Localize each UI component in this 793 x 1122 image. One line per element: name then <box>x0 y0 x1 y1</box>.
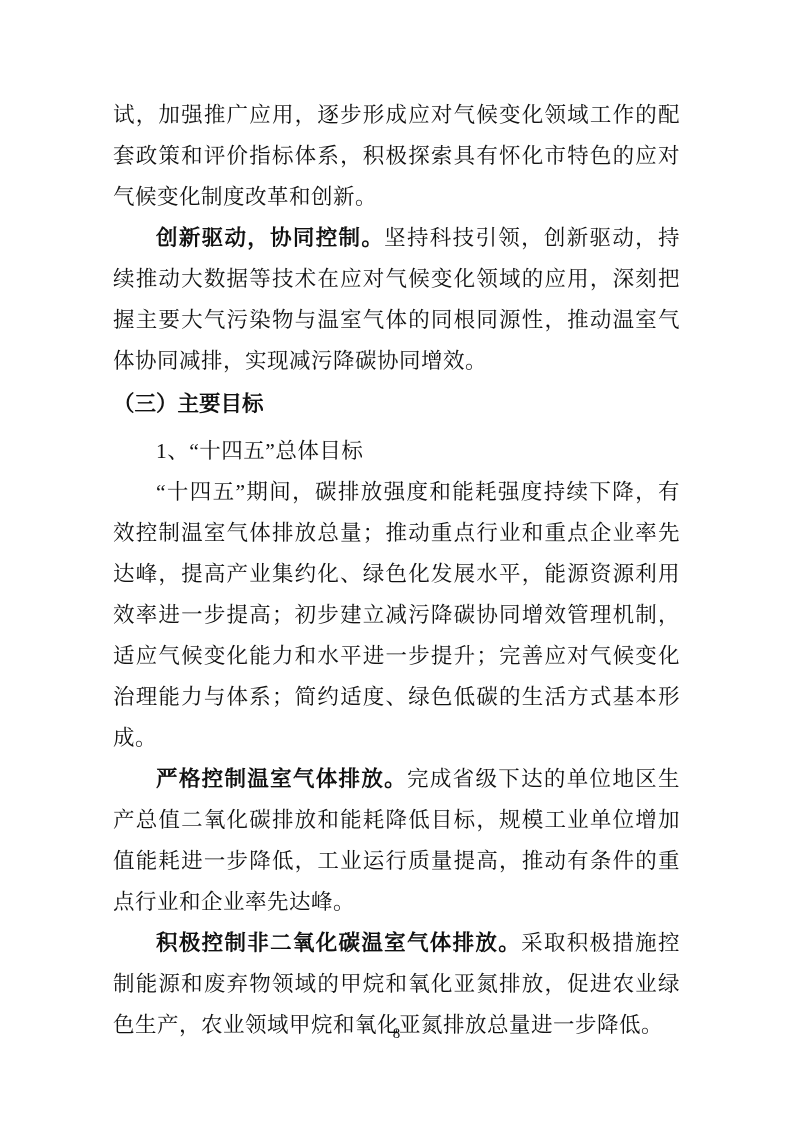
paragraph-lead: 创新驱动，协同控制。 <box>156 226 384 250</box>
paragraph-continuation: 试，加强推广应用，逐步形成应对气候变化领域工作的配套政策和评价指标体系，积极探索… <box>113 95 680 218</box>
document-body: 试，加强推广应用，逐步形成应对气候变化领域工作的配套政策和评价指标体系，积极探索… <box>113 95 680 1046</box>
paragraph: 严格控制温室气体排放。完成省级下达的单位地区生产总值二氧化碳排放和能耗降低目标，… <box>113 759 680 923</box>
document-page: 试，加强推广应用，逐步形成应对气候变化领域工作的配套政策和评价指标体系，积极探索… <box>0 0 793 1122</box>
sub-heading: 1、“十四五”总体目标 <box>113 431 680 472</box>
section-heading: （三）主要目标 <box>113 384 680 425</box>
paragraph: “十四五”期间，碳排放强度和能耗强度持续下降，有效控制温室气体排放总量；推动重点… <box>113 472 680 759</box>
paragraph: 创新驱动，协同控制。坚持科技引领，创新驱动，持续推动大数据等技术在应对气候变化领… <box>113 218 680 382</box>
page-number: 8 <box>0 1024 793 1044</box>
paragraph-lead: 严格控制温室气体排放。 <box>156 767 407 791</box>
paragraph-lead: 积极控制非二氧化碳温室气体排放。 <box>156 931 521 955</box>
